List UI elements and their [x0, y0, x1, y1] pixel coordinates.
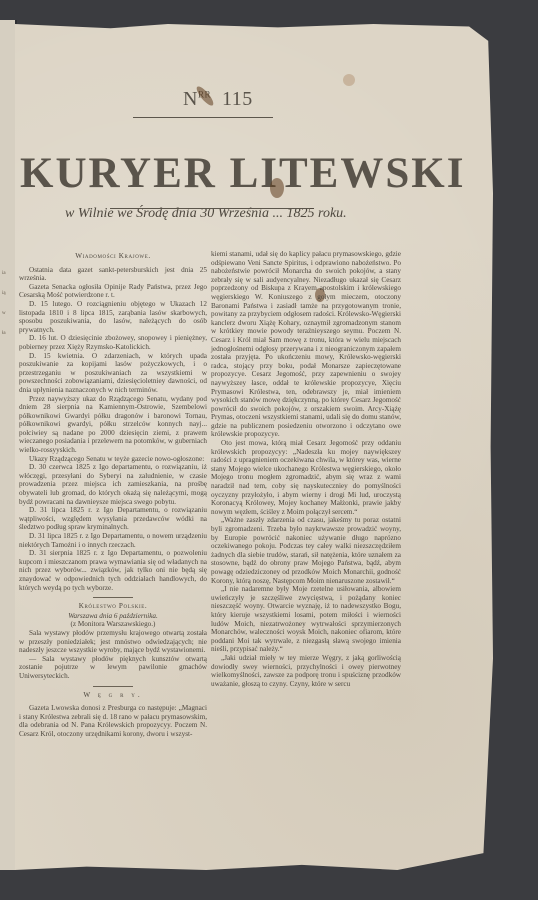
article-paragraph: D. 16 lut. O dziesięcinie zbożowey, snop… — [19, 334, 207, 351]
section-separator — [93, 597, 133, 598]
article-paragraph: Oto jest mowa, którą miał Cesarz Jegomoś… — [211, 439, 401, 516]
previous-page-text-fragment: ią — [2, 290, 6, 297]
article-paragraph: Przez naywyższy ukaz do Rządzącego Senat… — [19, 395, 207, 455]
article-paragraph: Ostatnia data gazet sankt-petersburskich… — [19, 266, 207, 283]
section-dateline-warsaw: Warszawa dnia 6 października. — [19, 612, 207, 621]
article-paragraph: Gazeta Senacka ogłosiła Opinije Rady Pań… — [19, 283, 207, 300]
newspaper-title: KURYER LITEWSKI — [20, 149, 400, 198]
article-paragraph: Sala wystawy płodów przemysłu krajowego … — [19, 629, 207, 655]
section-source: (z Monitora Warszawskiego.) — [19, 620, 207, 629]
right-column: kiemi stanami, udał się do kaplicy pałac… — [211, 250, 401, 688]
masthead-rule-bottom — [110, 208, 310, 209]
section-heading-kingdom-of-poland: Królestwo Polskie. — [19, 602, 207, 611]
article-paragraph: „Jaki udział mieły w tey mierze Węgry, z… — [211, 654, 401, 688]
article-paragraph: D. 30 czerwca 1825 z Igo departamentu, o… — [19, 463, 207, 506]
previous-page-edge: ia ią w ła — [0, 20, 17, 870]
article-paragraph: D. 15 kwietnia. O zdarzeniach, w których… — [19, 352, 207, 395]
article-paragraph: kiemi stanami, udał się do kaplicy pałac… — [211, 250, 401, 439]
ink-stain — [270, 178, 284, 198]
section-heading-domestic-news: Wiadomości Krajowe. — [19, 252, 207, 261]
article-paragraph: D. 31 lipca 1825 r. z Igo Departamentu, … — [19, 532, 207, 549]
issue-number: NRR 115 — [183, 88, 253, 111]
masthead-rule-top — [133, 117, 273, 118]
previous-page-text-fragment: w — [2, 310, 6, 317]
article-paragraph: „I nie nadaremne były Moje rzetelne usił… — [211, 585, 401, 654]
left-column: Wiadomości Krajowe. Ostatnia data gazet … — [19, 250, 207, 738]
article-paragraph: Ukazy Rządzącego Senatu w teyże gazecie … — [19, 455, 207, 464]
article-paragraph: D. 15 lutego. O rozciągnieniu objętego w… — [19, 300, 207, 334]
article-paragraph: — Sala wystawy płodów pięknych kunsztów … — [19, 655, 207, 681]
previous-page-text-fragment: ia — [2, 270, 6, 277]
article-paragraph: D. 31 sierpnia 1825 r. z Igo Departament… — [19, 549, 207, 592]
issue-number-value: 115 — [222, 88, 253, 110]
previous-page-text-fragment: ła — [2, 330, 6, 337]
article-paragraph: D. 31 lipca 1825 r. z Igo Departamentu, … — [19, 506, 207, 532]
section-heading-hungary: W ę g r y. — [19, 691, 207, 700]
newspaper-page: NRR 115 KURYER LITEWSKI w Wilnie we Środ… — [15, 24, 493, 870]
issue-number-prefix: N — [183, 88, 198, 110]
article-paragraph: Gazeta Lwowska donosi z Presburga co nas… — [19, 704, 207, 738]
article-paragraph: „Ważne zaszły zdarzenia od czasu, jakeśm… — [211, 516, 401, 585]
paper-spot — [343, 74, 355, 86]
section-separator — [93, 686, 133, 687]
